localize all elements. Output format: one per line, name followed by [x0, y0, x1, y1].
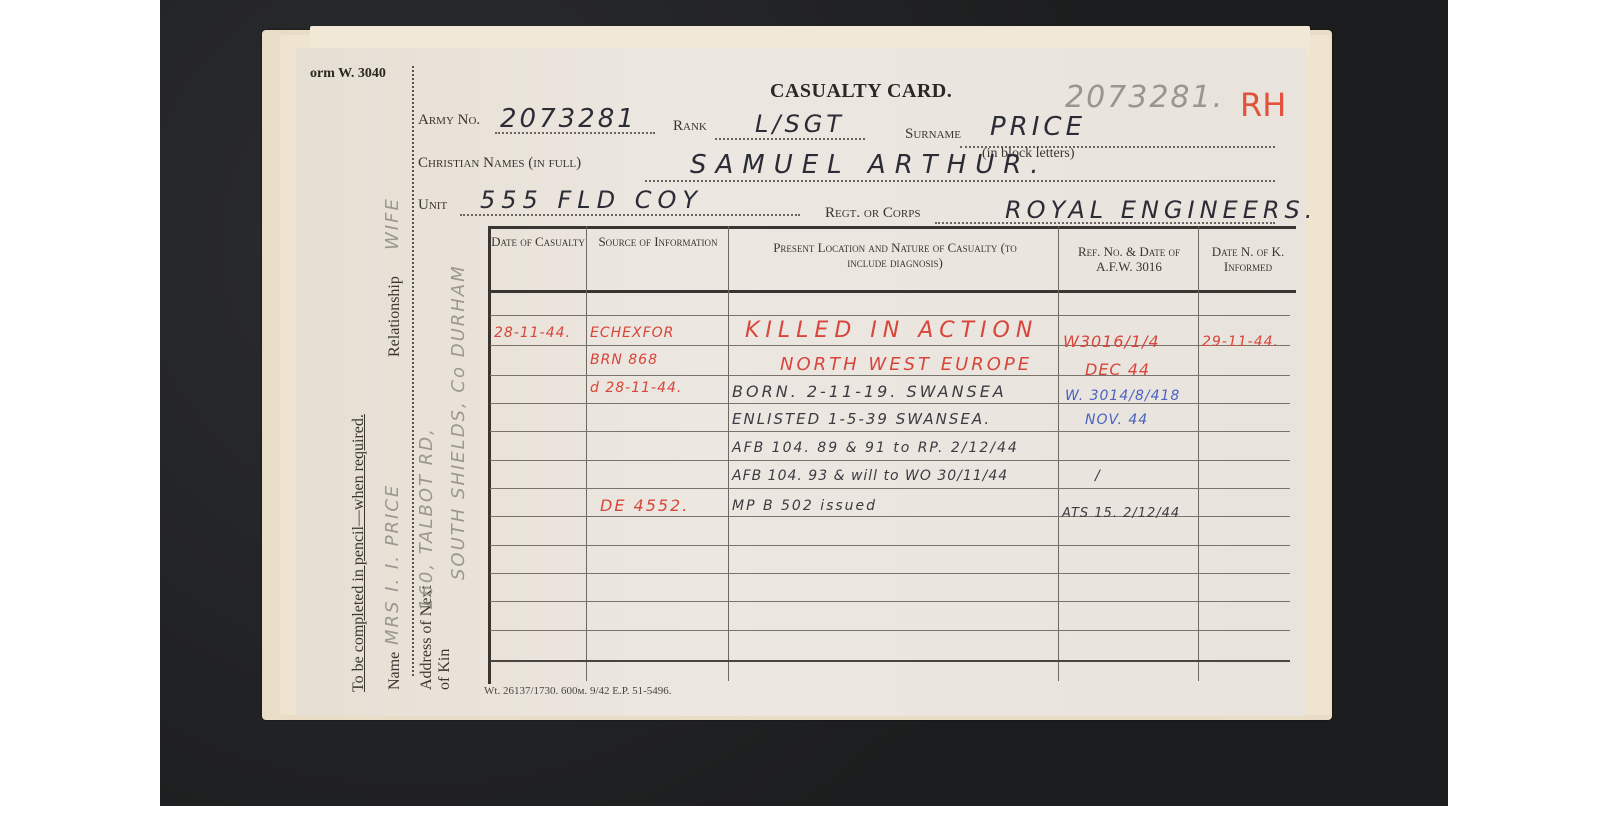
- row2-nature: NORTH WEST EUROPE: [780, 354, 1032, 375]
- column-divider: [1198, 226, 1199, 681]
- nok-address-line1: 160, TALBOT RD,: [416, 427, 437, 610]
- nok-instruction: To be completed in pencil—when required.: [350, 414, 368, 692]
- nok-relationship-value: WIFE: [382, 197, 403, 250]
- unit-value: 555 FLD COY: [480, 186, 703, 214]
- army-no-value: 2073281: [500, 104, 637, 134]
- header-date-of-casualty: Date of Casualty: [490, 234, 586, 249]
- army-no-label: Army No.: [418, 112, 480, 129]
- row1-date: 28-11-44.: [494, 325, 571, 341]
- header-location-nature: Present Location and Nature of Casualty …: [760, 240, 1030, 270]
- card-title: CASUALTY CARD.: [770, 80, 952, 103]
- row7-source: DE 4552.: [600, 496, 689, 515]
- row1-source: ECHEXFOR: [590, 325, 674, 341]
- ruled-line: [490, 375, 1290, 376]
- regt-label: Regt. or Corps: [825, 205, 920, 222]
- surname-label: Surname: [905, 126, 961, 143]
- christian-names-dotted-line: [645, 180, 1275, 182]
- row7-nature: MP B 502 issued: [732, 498, 877, 514]
- rank-value: L/SGT: [755, 110, 845, 138]
- row3-source: d 28-11-44.: [590, 380, 682, 396]
- regt-dotted-line: [935, 222, 1275, 224]
- regt-value: ROYAL ENGINEERS.: [1005, 196, 1317, 224]
- rank-label: Rank: [673, 118, 707, 135]
- nok-address-line2: SOUTH SHIELDS, Co DURHAM: [448, 264, 469, 580]
- ruled-line: [490, 660, 1290, 662]
- ruled-line: [490, 345, 1290, 346]
- ruled-line: [490, 545, 1290, 546]
- nok-name-label: Name: [386, 652, 404, 690]
- column-divider: [728, 226, 729, 681]
- form-number: orm W. 3040: [310, 66, 386, 82]
- army-no-dotted-line: [495, 132, 655, 134]
- row3-ref: W. 3014/8/418: [1065, 388, 1180, 404]
- row4-nature: ENLISTED 1-5-39 SWANSEA.: [732, 410, 991, 428]
- initials-annotation: RH: [1240, 86, 1286, 124]
- header-date-nok-informed: Date N. of K. Informed: [1200, 244, 1296, 274]
- row7-ref: ATS 15. 2/12/44: [1062, 506, 1180, 521]
- header-source-of-information: Source of Information: [588, 234, 728, 249]
- ruled-line: [490, 460, 1290, 461]
- row3-nature: BORN. 2-11-19. SWANSEA: [732, 382, 1007, 401]
- unit-dotted-line: [460, 214, 800, 216]
- row1-nok-date: 29-11-44.: [1202, 334, 1279, 350]
- ruled-line: [490, 431, 1290, 432]
- row1-nature: KILLED IN ACTION: [745, 318, 1038, 343]
- unit-label: Unit: [418, 197, 447, 214]
- christian-names-label: Christian Names (in full): [418, 155, 581, 172]
- row6-nature: AFB 104. 93 & will to WO 30/11/44: [732, 468, 1008, 484]
- row1-ref: W3016/1/4: [1063, 332, 1160, 351]
- column-divider: [1058, 226, 1059, 681]
- christian-names-value: SAMUEL ARTHUR.: [690, 150, 1048, 180]
- table-header-border: [488, 290, 1296, 293]
- ruled-line: [490, 630, 1290, 631]
- column-divider: [586, 226, 587, 681]
- nok-name-value: MRS I. I. PRICE: [382, 484, 403, 645]
- ruled-line: [490, 315, 1290, 316]
- row2-ref: DEC 44: [1085, 360, 1150, 379]
- row6-ref: /: [1095, 468, 1101, 484]
- ruled-line: [490, 573, 1290, 574]
- surname-value: PRICE: [990, 112, 1086, 142]
- row4-ref: NOV. 44: [1085, 412, 1148, 428]
- perforation-line: [412, 66, 414, 676]
- rank-dotted-line: [715, 138, 865, 140]
- ruled-line: [490, 488, 1290, 489]
- ruled-line: [490, 601, 1290, 602]
- printer-footer: Wt. 26137/1730. 600м. 9/42 E.P. 51-5496.: [484, 685, 672, 697]
- nok-relationship-label: Relationship: [386, 276, 404, 357]
- header-ref-no-afw3016: Ref. No. & Date of A.F.W. 3016: [1060, 244, 1198, 274]
- table-top-border: [488, 226, 1296, 229]
- pencil-army-number: 2073281.: [1065, 80, 1224, 115]
- row2-source: BRN 868: [590, 352, 658, 368]
- row5-nature: AFB 104. 89 & 91 to RP. 2/12/44: [732, 440, 1019, 456]
